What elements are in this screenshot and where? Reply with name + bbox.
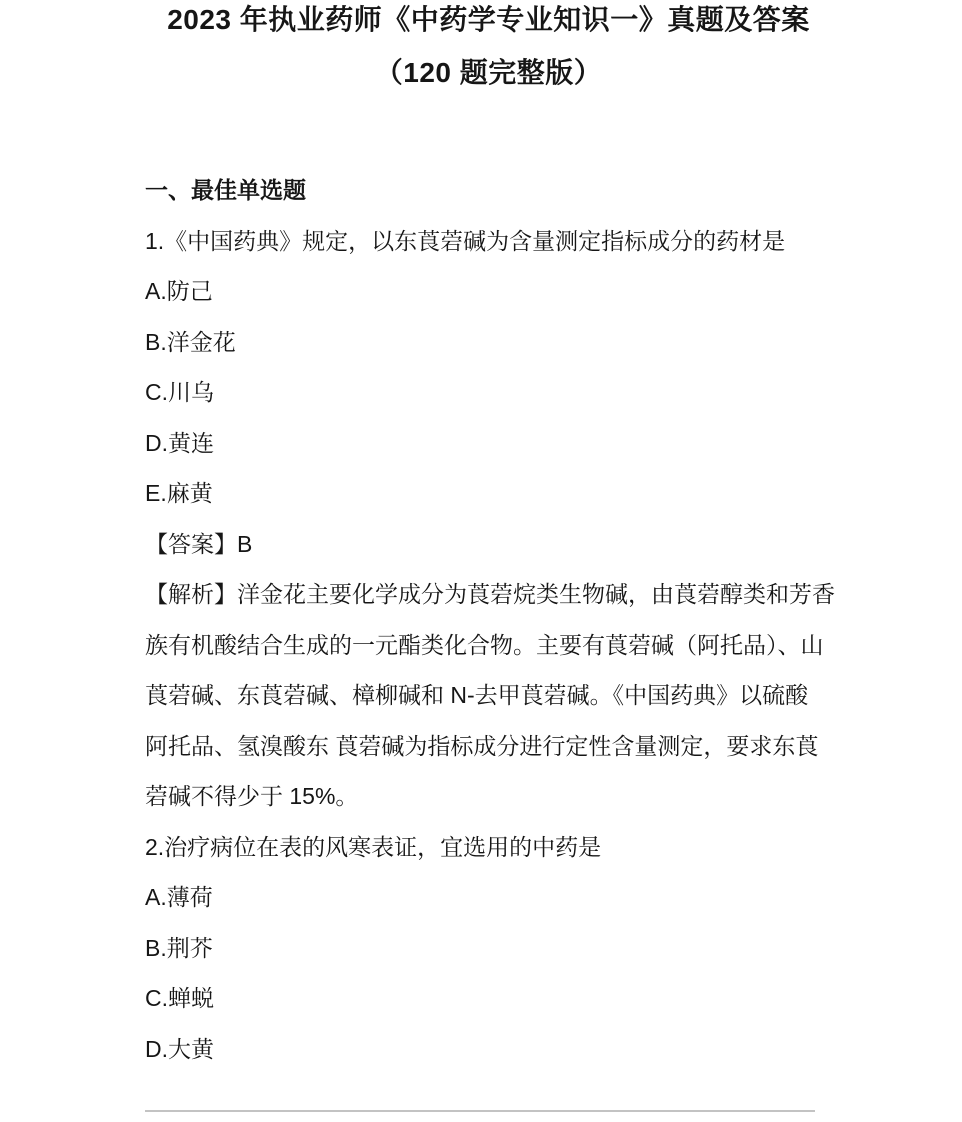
doc-subtitle: （120 题完整版） (145, 46, 832, 99)
question-1-analysis-line-5: 菪碱不得少于 15%。 (145, 771, 832, 822)
question-1-analysis-line-2: 族有机酸结合生成的一元酯类化合物。主要有莨菪碱（阿托品）、山 (145, 620, 832, 671)
question-1-option-c: C.川乌 (145, 367, 832, 418)
question-2-option-b: B.荆芥 (145, 923, 832, 974)
question-1-option-a: A.防己 (145, 266, 832, 317)
section-heading: 一、最佳单选题 (145, 165, 832, 216)
question-2-option-d: D.大黄 (145, 1024, 832, 1075)
question-2-stem: 2.治疗病位在表的风寒表证，宜选用的中药是 (145, 822, 832, 873)
question-1-option-d: D.黄连 (145, 418, 832, 469)
question-1-analysis-line-4: 阿托品、氢溴酸东 莨菪碱为指标成分进行定性含量测定，要求东莨 (145, 721, 832, 772)
page-divider (145, 1110, 815, 1112)
doc-title: 2023 年执业药师《中药学专业知识一》真题及答案 (145, 0, 832, 46)
question-2-option-a: A.薄荷 (145, 872, 832, 923)
question-1-stem: 1.《中国药典》规定，以东莨菪碱为含量测定指标成分的药材是 (145, 216, 832, 267)
question-1-option-b: B.洋金花 (145, 317, 832, 368)
question-1-answer: 【答案】B (145, 519, 832, 570)
document-content: 2023 年执业药师《中药学专业知识一》真题及答案 （120 题完整版） 一、最… (0, 0, 962, 1074)
question-1-analysis-line-1: 【解析】洋金花主要化学成分为莨菪烷类生物碱，由莨菪醇类和芳香 (145, 569, 832, 620)
document-page: 2023 年执业药师《中药学专业知识一》真题及答案 （120 题完整版） 一、最… (0, 0, 962, 1122)
question-1-option-e: E.麻黄 (145, 468, 832, 519)
question-2-option-c: C.蝉蜕 (145, 973, 832, 1024)
question-1-analysis-line-3: 莨菪碱、东莨菪碱、樟柳碱和 N-去甲莨菪碱。《中国药典》以硫酸 (145, 670, 832, 721)
title-block: 2023 年执业药师《中药学专业知识一》真题及答案 （120 题完整版） (145, 0, 832, 99)
